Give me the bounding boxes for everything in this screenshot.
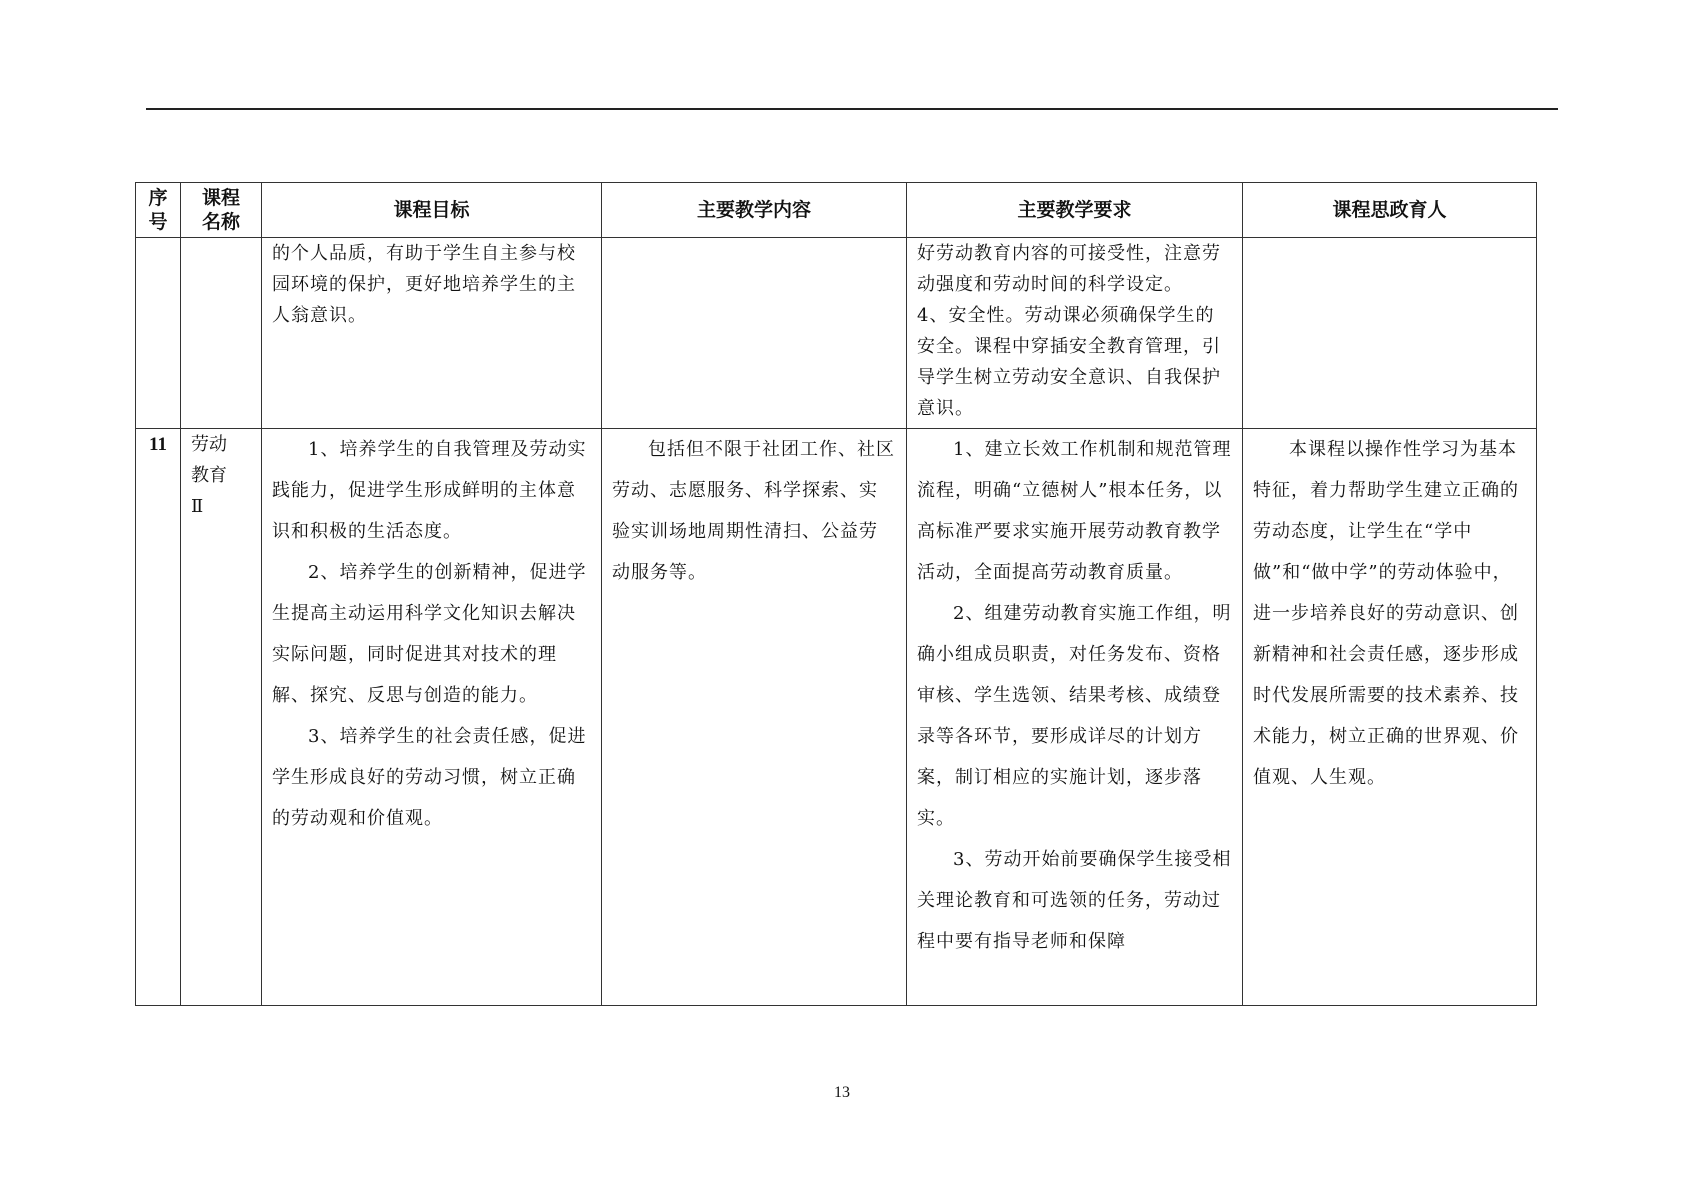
cell-ideology: 本课程以操作性学习为基本特征，着力帮助学生建立正确的劳动态度，让学生在“学中做”… — [1243, 429, 1537, 1006]
content-text: 包括但不限于社团工作、社区劳动、志愿服务、科学探索、实验实训场地周期性清扫、公益… — [612, 429, 896, 593]
requirement-2: 2、组建劳动教育实施工作组，明确小组成员职责，对任务发布、资格审核、学生选领、结… — [917, 593, 1232, 839]
course-name-line2: 教育 — [191, 460, 251, 491]
course-table: 序 号 课程 名称 课程目标 主要教学内容 主要教学要求 课程思政育人 的个人品… — [135, 182, 1537, 1006]
cell-number — [136, 238, 181, 429]
requirement-1: 1、建立长效工作机制和规范管理流程，明确“立德树人”根本任务，以高标准严要求实施… — [917, 429, 1232, 593]
cell-requirements: 1、建立长效工作机制和规范管理流程，明确“立德树人”根本任务，以高标准严要求实施… — [907, 429, 1243, 1006]
cell-requirements: 好劳动教育内容的可接受性，注意劳动强度和劳动时间的科学设定。 4、安全性。劳动课… — [907, 238, 1243, 429]
table-row-continuation: 的个人品质，有助于学生自主参与校园环境的保护，更好地培养学生的主人翁意识。 好劳… — [136, 238, 1537, 429]
cell-name — [181, 238, 262, 429]
cell-content: 包括但不限于社团工作、社区劳动、志愿服务、科学探索、实验实训场地周期性清扫、公益… — [602, 429, 907, 1006]
header-seq: 序 号 — [136, 183, 181, 238]
cell-objectives: 的个人品质，有助于学生自主参与校园环境的保护，更好地培养学生的主人翁意识。 — [262, 238, 602, 429]
requirement-3: 3、劳动开始前要确保学生接受相关理论教育和可选领的任务，劳动过程中要有指导老师和… — [917, 839, 1232, 962]
cell-ideology — [1243, 238, 1537, 429]
objective-2: 2、培养学生的创新精神，促进学生提高主动运用科学文化知识去解决实际问题，同时促进… — [272, 552, 591, 716]
header-requirements: 主要教学要求 — [907, 183, 1243, 238]
cell-name: 劳动 教育 Ⅱ — [181, 429, 262, 1006]
objective-3: 3、培养学生的社会责任感，促进学生形成良好的劳动习惯，树立正确的劳动观和价值观。 — [272, 716, 591, 839]
ideology-text: 本课程以操作性学习为基本特征，着力帮助学生建立正确的劳动态度，让学生在“学中做”… — [1253, 429, 1526, 798]
course-name-line3: Ⅱ — [191, 491, 251, 522]
header-ideology: 课程思政育人 — [1243, 183, 1537, 238]
page-number: 13 — [0, 1084, 1684, 1102]
objective-1: 1、培养学生的自我管理及劳动实践能力，促进学生形成鲜明的主体意识和积极的生活态度… — [272, 429, 591, 552]
course-name-line1: 劳动 — [191, 429, 251, 460]
header-seq-line2: 号 — [146, 210, 170, 234]
header-content: 主要教学内容 — [602, 183, 907, 238]
cell-content — [602, 238, 907, 429]
objectives-text: 的个人品质，有助于学生自主参与校园环境的保护，更好地培养学生的主人翁意识。 — [272, 238, 591, 331]
cell-number: 11 — [136, 429, 181, 1006]
table-header-row: 序 号 课程 名称 课程目标 主要教学内容 主要教学要求 课程思政育人 — [136, 183, 1537, 238]
cell-objectives: 1、培养学生的自我管理及劳动实践能力，促进学生形成鲜明的主体意识和积极的生活态度… — [262, 429, 602, 1006]
header-seq-line1: 序 — [146, 186, 170, 210]
requirements-text-1: 好劳动教育内容的可接受性，注意劳动强度和劳动时间的科学设定。 — [917, 238, 1232, 300]
requirements-text-2: 4、安全性。劳动课必须确保学生的安全。课程中穿插安全教育管理，引导学生树立劳动安… — [917, 300, 1232, 424]
header-name-line2: 名称 — [191, 210, 251, 234]
header-objectives: 课程目标 — [262, 183, 602, 238]
header-course-name: 课程 名称 — [181, 183, 262, 238]
table-row-11: 11 劳动 教育 Ⅱ 1、培养学生的自我管理及劳动实践能力，促进学生形成鲜明的主… — [136, 429, 1537, 1006]
header-rule — [146, 108, 1558, 110]
header-name-line1: 课程 — [191, 186, 251, 210]
